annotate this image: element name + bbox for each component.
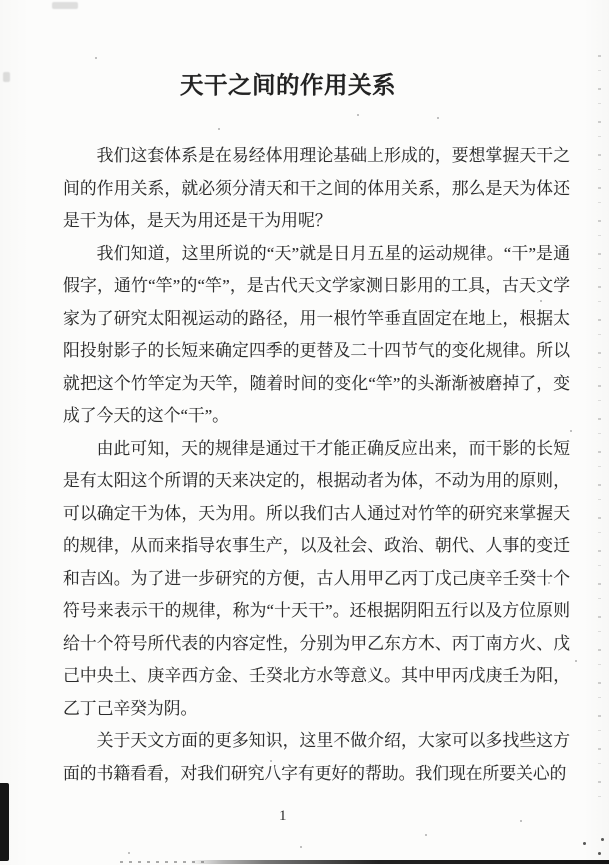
scan-speck <box>520 820 522 822</box>
scan-speck <box>128 852 130 854</box>
scan-speck <box>601 838 604 841</box>
scan-speck <box>425 834 427 836</box>
scan-artifact-bottom-line <box>190 860 609 864</box>
scan-speck <box>95 57 97 59</box>
paragraph-ten-stems: 由此可知，天的规律是通过干才能正确反应出来，而干影的长短是有太阳这个所谓的天来决… <box>63 433 570 726</box>
scan-smudge <box>3 72 10 82</box>
scan-speck <box>540 300 542 302</box>
scan-speck <box>548 582 550 584</box>
page-title: 天干之间的作用关系 <box>180 66 396 100</box>
paragraph-closing: 关于天文方面的更多知识，这里不做介绍，大家可以多找些这方面的书籍看看，对我们研究… <box>63 725 570 790</box>
scan-speck <box>437 117 439 119</box>
scan-speck <box>583 842 586 845</box>
scan-speck <box>270 760 272 762</box>
scan-artifact-left-bar <box>0 783 9 861</box>
page-number: 1 <box>279 808 287 825</box>
scan-smudge <box>52 2 78 9</box>
scan-speck <box>300 846 302 848</box>
scan-speck <box>598 852 601 855</box>
scan-artifact-bottom-dots <box>120 861 210 863</box>
body-text: 我们这套体系是在易经体用理论基础上形成的，要想掌握天干之间的作用关系，就必须分清… <box>63 140 570 790</box>
scan-speck <box>480 250 482 252</box>
scan-speck <box>218 128 220 130</box>
scanned-book-page: 天干之间的作用关系 我们这套体系是在易经体用理论基础上形成的，要想掌握天干之间的… <box>0 0 609 865</box>
scan-speck <box>357 114 359 116</box>
paragraph-tian-gan: 我们知道，这里所说的“天”就是日月五星的运动规律。“干”是通假字，通竹“竿”的“… <box>63 238 570 433</box>
paragraph-intro: 我们这套体系是在易经体用理论基础上形成的，要想掌握天干之间的作用关系，就必须分清… <box>63 140 570 238</box>
scan-speck <box>575 660 577 662</box>
scan-artifact-right-noise <box>598 55 601 810</box>
scan-speck <box>570 430 572 432</box>
